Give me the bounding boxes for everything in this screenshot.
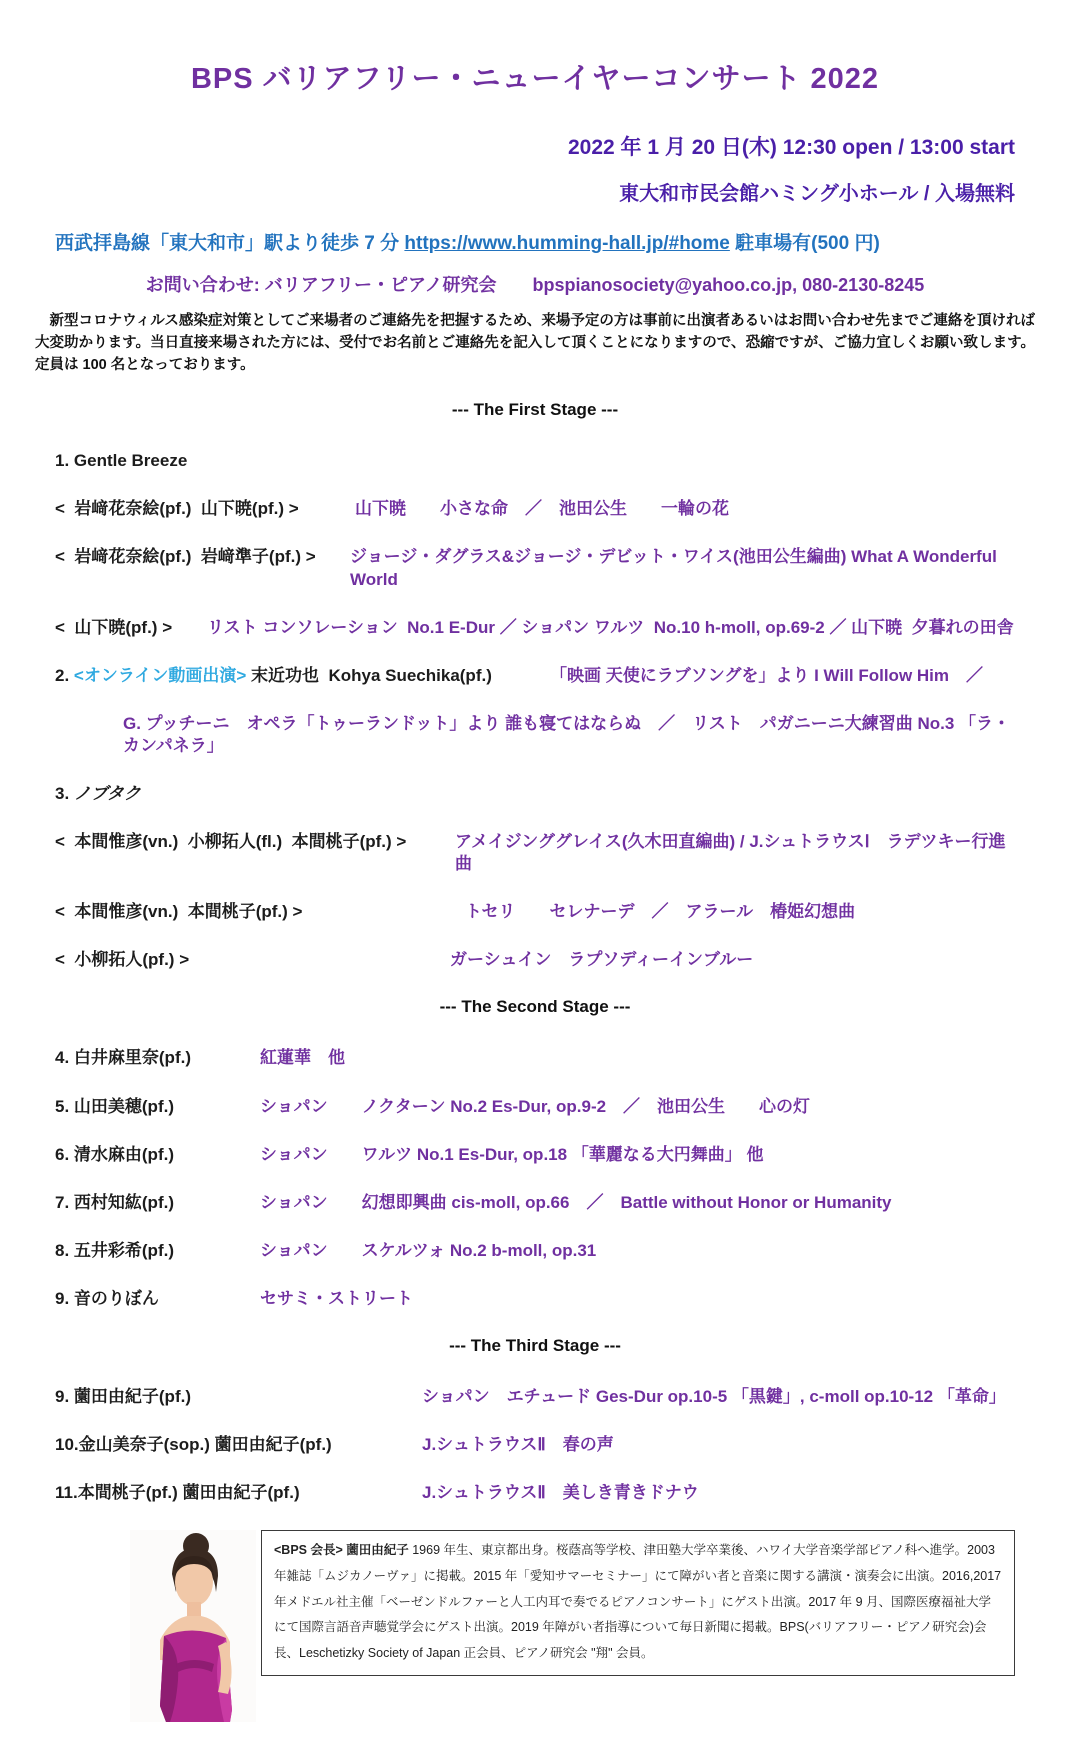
concert-flyer-page: BPS バリアフリー・ニューイヤーコンサート 2022 2022 年 1 月 2… (0, 0, 1070, 1752)
program-row: < 本間惟彦(vn.) 小柳拓人(fl.) 本間桃子(pf.) > アメイジング… (55, 831, 1015, 875)
performer-names: 8. 五井彩希(pf.) (55, 1240, 260, 1262)
piece-titles: 紅蓮華 他 (260, 1047, 345, 1069)
program-row: < 岩﨑花奈絵(pf.) 山下暁(pf.) > 山下暁 小さな命 ／ 池田公生 … (55, 498, 1015, 520)
program-row: 7. 西村知紘(pf.) ショパン 幻想即興曲 cis-moll, op.66 … (55, 1192, 1015, 1214)
program-row: G. プッチーニ オペラ「トゥーランドット」より 誰も寝てはならぬ ／ リスト … (55, 713, 1015, 757)
online-video-tag: <オンライン動画出演> (74, 665, 246, 687)
event-venue: 東大和市民会館ハミング小ホール / 入場無料 (55, 177, 1015, 206)
portrait-illustration (130, 1530, 256, 1722)
chairperson-section: <BPS 会長> 薗田由紀子 1969 年生、東京都出身。桜蔭高等学校、津田塾大… (130, 1530, 1015, 1722)
program-row: 6. 清水麻由(pf.) ショパン ワルツ No.1 Es-Dur, op.18… (55, 1144, 1015, 1166)
piece-titles: セサミ・ストリート (260, 1288, 413, 1310)
performer-names: 7. 西村知紘(pf.) (55, 1192, 260, 1214)
piece-titles: J.シュトラウスⅡ 美しき青きドナウ (422, 1482, 699, 1504)
performer-names: 11.本間桃子(pf.) 薗田由紀子(pf.) (55, 1482, 422, 1504)
first-stage-heading: --- The First Stage --- (55, 400, 1015, 420)
performer-names: 10.金山美奈子(sop.) 薗田由紀子(pf.) (55, 1434, 422, 1456)
program-row: 4. 白井麻里奈(pf.) 紅蓮華 他 (55, 1047, 1015, 1069)
venue-website-link[interactable]: https://www.humming-hall.jp/#home (404, 233, 729, 254)
performer-names: < 岩﨑花奈絵(pf.) 岩﨑準子(pf.) > (55, 546, 350, 568)
program-row: < 小柳拓人(pf.) > ガーシュイン ラプソディーインブルー (55, 949, 1015, 971)
performer-names: < 岩﨑花奈絵(pf.) 山下暁(pf.) > (55, 498, 355, 520)
piece-titles: 山下暁 小さな命 ／ 池田公生 一輪の花 (355, 498, 729, 520)
piece-titles: ショパン ノクターン No.2 Es-Dur, op.9-2 ／ 池田公生 心の… (260, 1096, 810, 1118)
bio-lead: <BPS 会長> 薗田由紀子 (274, 1543, 409, 1557)
access-prefix: 西武拝島線「東大和市」駅より徒歩 7 分 (55, 233, 404, 254)
piece-titles: リスト コンソレーション No.1 E-Dur ／ ショパン ワルツ No.10… (207, 617, 1014, 639)
piece-titles: 「映画 天使にラブソングを」より I Will Follow Him ／ (550, 665, 983, 687)
covid-notice: 新型コロナウィルス感染症対策としてご来場者のご連絡先を把握するため、来場予定の方… (35, 311, 1035, 376)
piece-titles: ジョージ・ダグラス&ジョージ・デビット・ワイス(池田公生編曲) What A W… (350, 546, 1015, 590)
program-row: 8. 五井彩希(pf.) ショパン スケルツォ No.2 b-moll, op.… (55, 1240, 1015, 1262)
contact-info: お問い合わせ: バリアフリー・ピアノ研究会 bpspianosociety@ya… (55, 271, 1015, 297)
program-row: < 岩﨑花奈絵(pf.) 岩﨑準子(pf.) > ジョージ・ダグラス&ジョージ・… (55, 546, 1015, 590)
performer-names: 9. 薗田由紀子(pf.) (55, 1386, 422, 1408)
piece-titles: J.シュトラウスⅡ 春の声 (422, 1434, 614, 1456)
third-stage-heading: --- The Third Stage --- (55, 1336, 1015, 1356)
performer-names-group: 2. <オンライン動画出演> 末近功也 Kohya Suechika(pf.) (55, 665, 550, 687)
program-number: 3. (55, 783, 74, 805)
bio-text: 1969 年生、東京都出身。桜蔭高等学校、津田塾大学卒業後、ハワイ大学音楽学部ピ… (274, 1543, 1001, 1660)
performer-names: ノブタク (74, 783, 141, 805)
performer-names: 5. 山田美穂(pf.) (55, 1096, 260, 1118)
program-row: 9. 薗田由紀子(pf.) ショパン エチュード Ges-Dur op.10-5… (55, 1386, 1015, 1408)
performer-names: < 山下暁(pf.) > (55, 617, 207, 639)
performer-names: 末近功也 Kohya Suechika(pf.) (246, 665, 492, 687)
program-row: 9. 音のりぼん セサミ・ストリート (55, 1288, 1015, 1310)
program-row: 5. 山田美穂(pf.) ショパン ノクターン No.2 Es-Dur, op.… (55, 1096, 1015, 1118)
program-row: < 本間惟彦(vn.) 本間桃子(pf.) > トセリ セレナーデ ／ アラール… (55, 901, 1015, 923)
performer-names: 9. 音のりぼん (55, 1288, 260, 1310)
piece-titles: アメイジンググレイス(久木田直編曲) / J.シュトラウスⅠ ラデツキー行進曲 (455, 831, 1015, 875)
performer-names: 6. 清水麻由(pf.) (55, 1144, 260, 1166)
performer-names: < 小柳拓人(pf.) > (55, 949, 450, 971)
piece-titles: トセリ セレナーデ ／ アラール 椿姫幻想曲 (465, 901, 855, 923)
piece-titles: ガーシュイン ラプソディーインブルー (450, 949, 753, 971)
page-title: BPS バリアフリー・ニューイヤーコンサート 2022 (55, 56, 1015, 97)
piece-titles: ショパン エチュード Ges-Dur op.10-5 「黒鍵」, c-moll … (422, 1386, 1006, 1408)
performer-names: 4. 白井麻里奈(pf.) (55, 1047, 260, 1069)
access-info: 西武拝島線「東大和市」駅より徒歩 7 分 https://www.humming… (55, 228, 1015, 255)
program-row: 3. ノブタク (55, 783, 1015, 805)
chairperson-bio: <BPS 会長> 薗田由紀子 1969 年生、東京都出身。桜蔭高等学校、津田塾大… (261, 1530, 1015, 1676)
program-row: 11.本間桃子(pf.) 薗田由紀子(pf.) J.シュトラウスⅡ 美しき青きド… (55, 1482, 1015, 1504)
chairperson-portrait-photo (130, 1530, 256, 1722)
program-number: 2. (55, 665, 74, 687)
access-suffix: 駐車場有(500 円) (730, 233, 880, 254)
piece-titles: ショパン 幻想即興曲 cis-moll, op.66 ／ Battle with… (260, 1192, 892, 1214)
performer-names: < 本間惟彦(vn.) 本間桃子(pf.) > (55, 901, 465, 923)
piece-titles: ショパン ワルツ No.1 Es-Dur, op.18 「華麗なる大円舞曲」 他 (260, 1144, 764, 1166)
program-row: < 山下暁(pf.) > リスト コンソレーション No.1 E-Dur ／ シ… (55, 617, 1015, 639)
program-row: 1. Gentle Breeze (55, 450, 1015, 472)
second-stage-heading: --- The Second Stage --- (55, 997, 1015, 1017)
performer-names: < 本間惟彦(vn.) 小柳拓人(fl.) 本間桃子(pf.) > (55, 831, 455, 853)
event-datetime: 2022 年 1 月 20 日(木) 12:30 open / 13:00 st… (55, 131, 1015, 161)
performer-names: 1. Gentle Breeze (55, 450, 187, 472)
piece-titles: ショパン スケルツォ No.2 b-moll, op.31 (260, 1240, 596, 1262)
program-row: 2. <オンライン動画出演> 末近功也 Kohya Suechika(pf.) … (55, 665, 1015, 687)
program-row: 10.金山美奈子(sop.) 薗田由紀子(pf.) J.シュトラウスⅡ 春の声 (55, 1434, 1015, 1456)
piece-titles: G. プッチーニ オペラ「トゥーランドット」より 誰も寝てはならぬ ／ リスト … (55, 713, 1015, 757)
